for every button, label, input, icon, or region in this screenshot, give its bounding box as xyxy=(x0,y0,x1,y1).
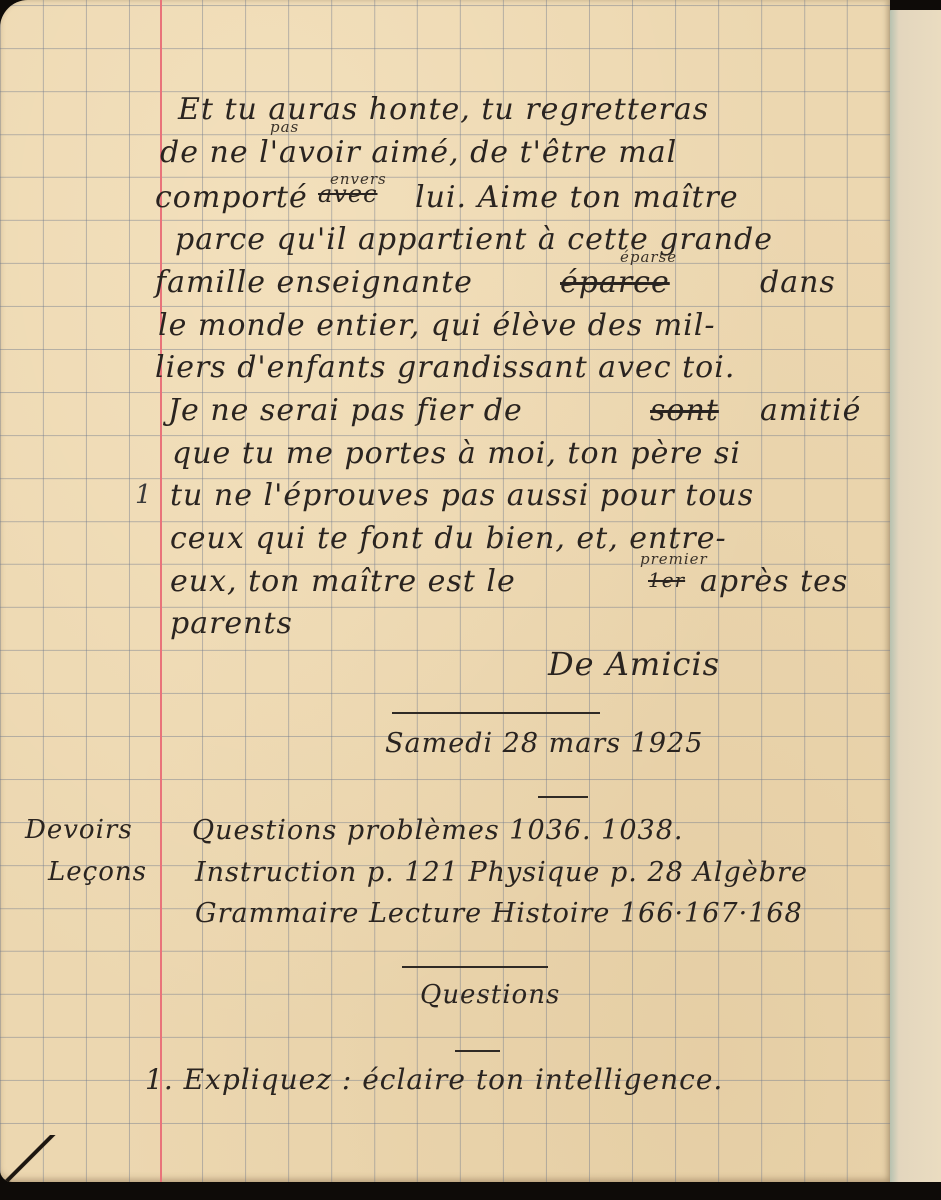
text-line-12b: après tes xyxy=(700,564,848,599)
text-line-4: parce qu'il appartient à cette grande xyxy=(175,222,773,257)
red-margin-line xyxy=(160,0,162,1182)
question-item-1: 1. Expliquez : éclaire ton intelligence. xyxy=(145,1063,723,1096)
divider-below-date xyxy=(538,796,588,798)
author-signature: De Amicis xyxy=(548,645,720,683)
devoirs-label: Devoirs xyxy=(25,815,133,845)
text-line-2: de ne l'avoir aimé, de t'être mal xyxy=(160,135,677,170)
text-line-13: parents xyxy=(170,606,293,641)
text-line-8b: amitié xyxy=(760,393,861,428)
lecons-label: Leçons xyxy=(48,857,147,887)
text-line-3b: lui. Aime ton maître xyxy=(415,180,739,215)
text-line-10: tu ne l'éprouves pas aussi pour tous xyxy=(170,478,754,513)
margin-mark: 1 xyxy=(135,480,153,510)
text-line-8a: Je ne serai pas fier de xyxy=(168,393,523,428)
text-line-6: le monde entier, qui élève des mil- xyxy=(158,308,715,343)
questions-heading: Questions xyxy=(420,980,560,1010)
struck-eparce: éparce xyxy=(560,265,670,300)
struck-sont: sont xyxy=(650,393,719,428)
notebook-page: Et tu auras honte, tu regretteras pas de… xyxy=(0,0,890,1182)
text-line-5b: dans xyxy=(760,265,836,300)
correction-premier: premier xyxy=(640,550,708,568)
struck-1er: 1er xyxy=(648,568,685,592)
text-line-9: que tu me portes à moi, ton père si xyxy=(172,436,741,471)
text-line-5a: famille enseignante xyxy=(155,265,473,300)
lecons-line-2: Grammaire Lecture Histoire 166·167·168 xyxy=(195,898,803,929)
text-line-1: Et tu auras honte, tu regretteras xyxy=(178,92,709,127)
date-heading: Samedi 28 mars 1925 xyxy=(385,728,703,759)
divider-above-questions xyxy=(402,966,548,968)
lecons-line-1: Instruction p. 121 Physique p. 28 Algèbr… xyxy=(195,857,808,888)
text-line-12a: eux, ton maître est le xyxy=(170,564,516,599)
correction-eparse: éparse xyxy=(620,248,677,266)
page-corner-fold xyxy=(0,1135,60,1182)
text-line-7: liers d'enfants grandissant avec toi. xyxy=(155,350,735,385)
devoirs-text: Questions problèmes 1036. 1038. xyxy=(192,815,683,846)
next-page-edge xyxy=(885,10,941,1182)
text-line-3a: comporté xyxy=(155,180,308,215)
struck-avec: avec xyxy=(318,180,378,208)
divider-below-questions xyxy=(455,1050,500,1052)
correction-pas: pas xyxy=(270,118,299,136)
divider-above-date xyxy=(392,712,600,714)
